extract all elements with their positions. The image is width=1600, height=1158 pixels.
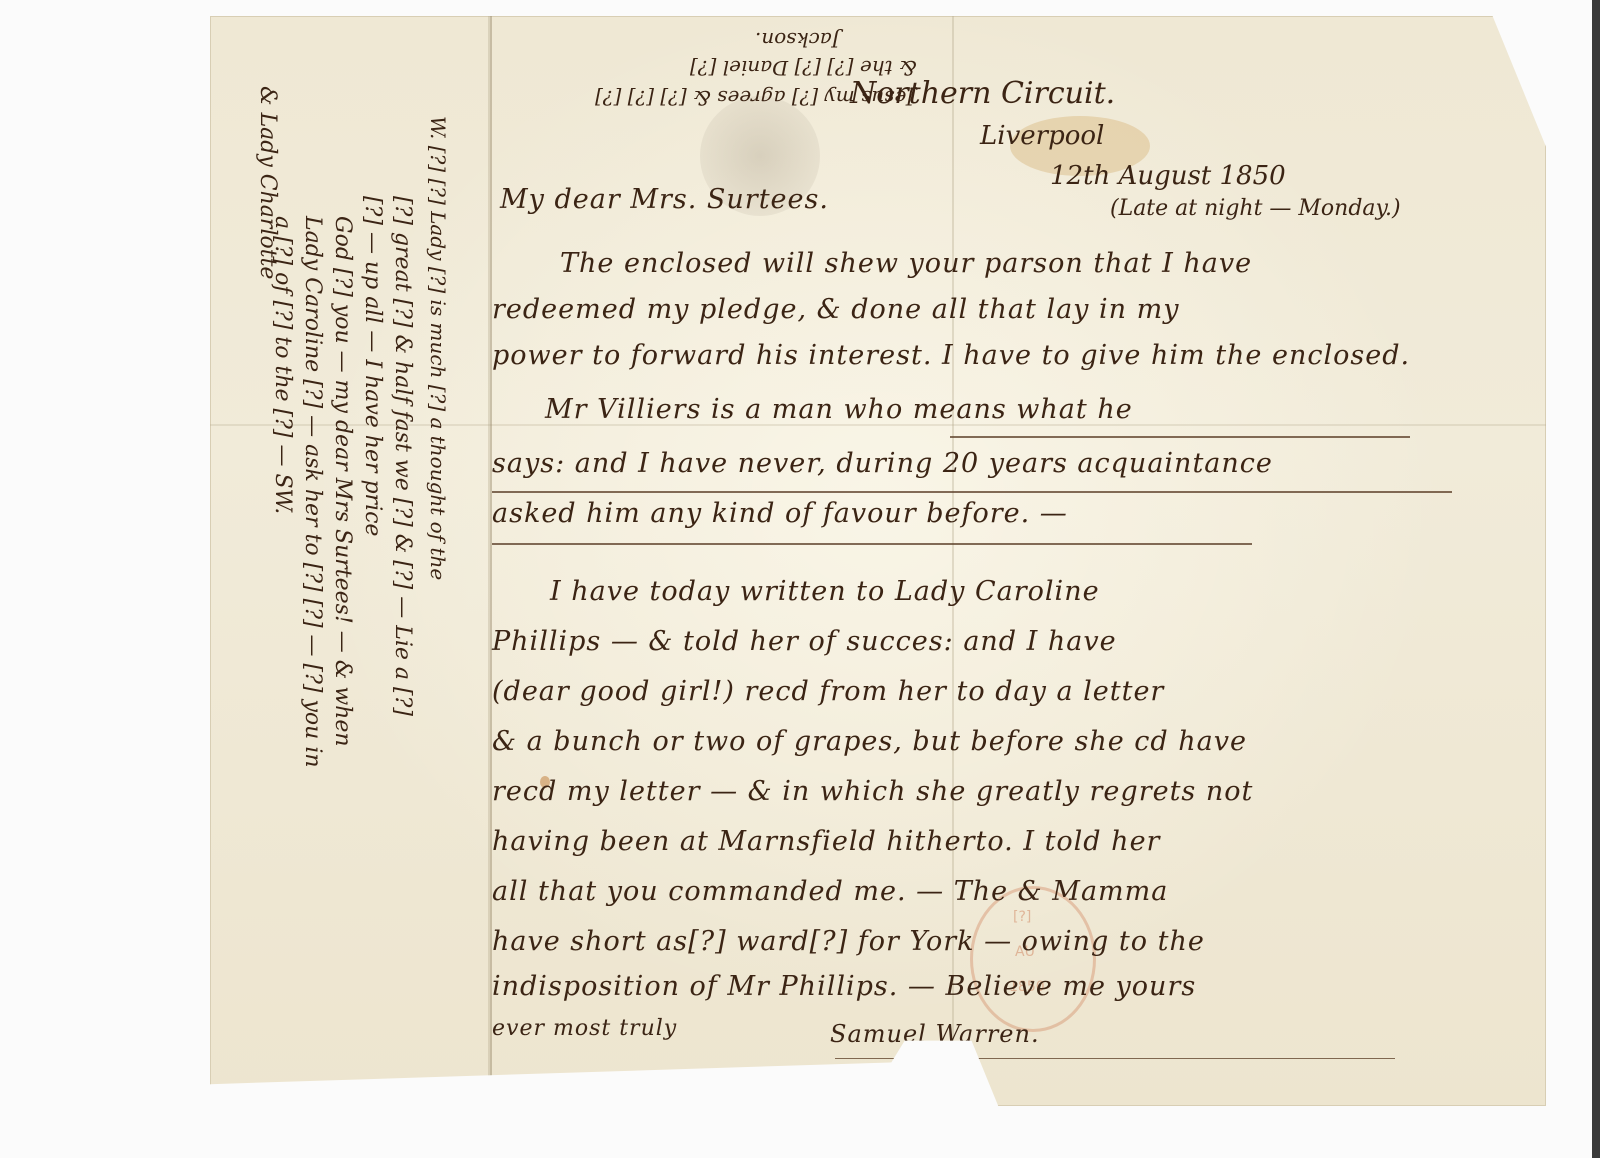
body-line: I have today written to Lady Caroline — [550, 576, 1100, 607]
body-line: recd my letter — & in which she greatly … — [492, 776, 1253, 807]
body-line: Mr Villiers is a man who means what he — [545, 394, 1133, 425]
letter-place: Northern Circuit. — [850, 76, 1115, 111]
body-line: power to forward his interest. I have to… — [492, 340, 1410, 371]
body-line: The enclosed will shew your parson that … — [560, 248, 1252, 279]
body-line: have short as[?] ward[?] for York — owin… — [492, 926, 1205, 957]
scan-border — [1592, 0, 1600, 1158]
salutation: My dear Mrs. Surtees. — [500, 184, 829, 215]
signature: Samuel Warren. — [830, 1020, 1040, 1048]
body-line: having been at Marnsfield hitherto. I to… — [492, 826, 1160, 857]
body-line: says: and I have never, during 20 years … — [492, 448, 1273, 479]
body-line: asked him any kind of favour before. — — [492, 498, 1068, 529]
margin-note-line: W. [?] [?] Lady [?] is much [?] a though… — [426, 116, 450, 580]
signature-rule — [835, 1058, 1395, 1059]
letter-city: Liverpool — [980, 121, 1104, 151]
letter-date: 12th August 1850 — [1050, 161, 1286, 191]
margin-note-line: Lady Caroline [?] — ask her to [?] [?] —… — [300, 216, 325, 768]
underline — [492, 543, 1252, 545]
margin-note-line: a [?] of [?] to the [?] — SW. — [270, 216, 295, 514]
upside-down-note-line: Jackson. — [755, 28, 840, 52]
body-line: & a bunch or two of grapes, but before s… — [492, 726, 1247, 757]
body-line: (dear good girl!) recd from her to day a… — [492, 676, 1164, 707]
body-line: redeemed my pledge, & done all that lay … — [492, 294, 1179, 325]
body-line: all that you commanded me. — The & Mamma — [492, 876, 1168, 907]
margin-note-line: God [?] you — my dear Mrs Surtees! — & w… — [330, 216, 355, 747]
body-line: ever most truly — [492, 1016, 677, 1041]
underline — [492, 491, 1452, 493]
margin-note-line: [?] — up all — I have her price — [360, 196, 385, 536]
body-line: indisposition of Mr Phillips. — Believe … — [492, 971, 1196, 1002]
underline — [950, 436, 1410, 438]
margin-note-line: [?] great [?] & half fast we [?] & [?] —… — [390, 196, 415, 716]
postmark-stamp: [?] AU 1850 — [970, 886, 1096, 1032]
body-line: Phillips — & told her of succes: and I h… — [492, 626, 1117, 657]
letter-sheet: [?] AU 1850 Jesus my [?] agrees & [?] [?… — [210, 16, 1546, 1106]
letter-date-note: (Late at night — Monday.) — [1110, 196, 1401, 221]
